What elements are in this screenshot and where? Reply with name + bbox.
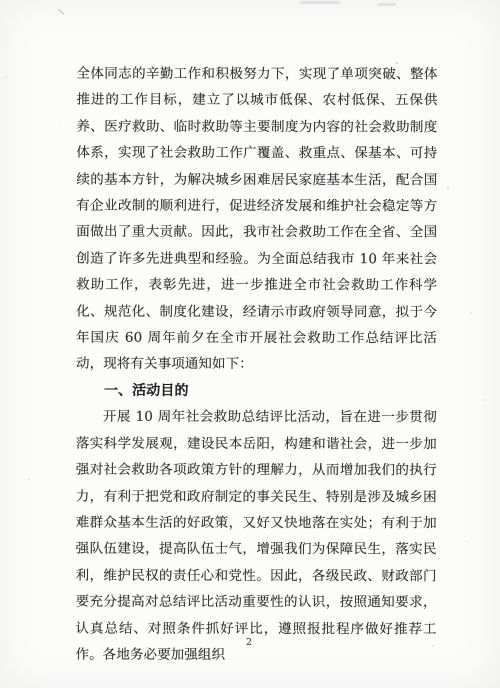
scan-speck <box>5 76 7 78</box>
scan-speck <box>466 540 468 542</box>
document-body: 全体同志的辛勤工作和积极努力下，实现了单项突破、整体推进的工作目标，建立了以城市… <box>75 61 437 669</box>
section-heading-activity-purpose: 一、活动目的 <box>76 378 437 405</box>
scan-mark <box>58 9 65 15</box>
section-paragraph-activity-purpose: 开展 10 周年社会救助总结评比活动，旨在进一步贯彻落实科学发展观，建设民本岳阳… <box>75 404 436 669</box>
scan-speck <box>447 187 449 189</box>
scan-speck <box>470 312 472 314</box>
scan-speck <box>484 399 486 401</box>
page-number: 2 <box>0 637 498 648</box>
scan-smudge <box>378 3 396 6</box>
scan-smudge <box>300 1 340 4</box>
continued-paragraph: 全体同志的辛勤工作和积极努力下，实现了单项突破、整体推进的工作目标，建立了以城市… <box>76 61 438 379</box>
scanned-document-page: 全体同志的辛勤工作和积极努力下，实现了单项突破、整体推进的工作目标，建立了以城市… <box>0 0 500 688</box>
scan-speck <box>28 478 30 480</box>
